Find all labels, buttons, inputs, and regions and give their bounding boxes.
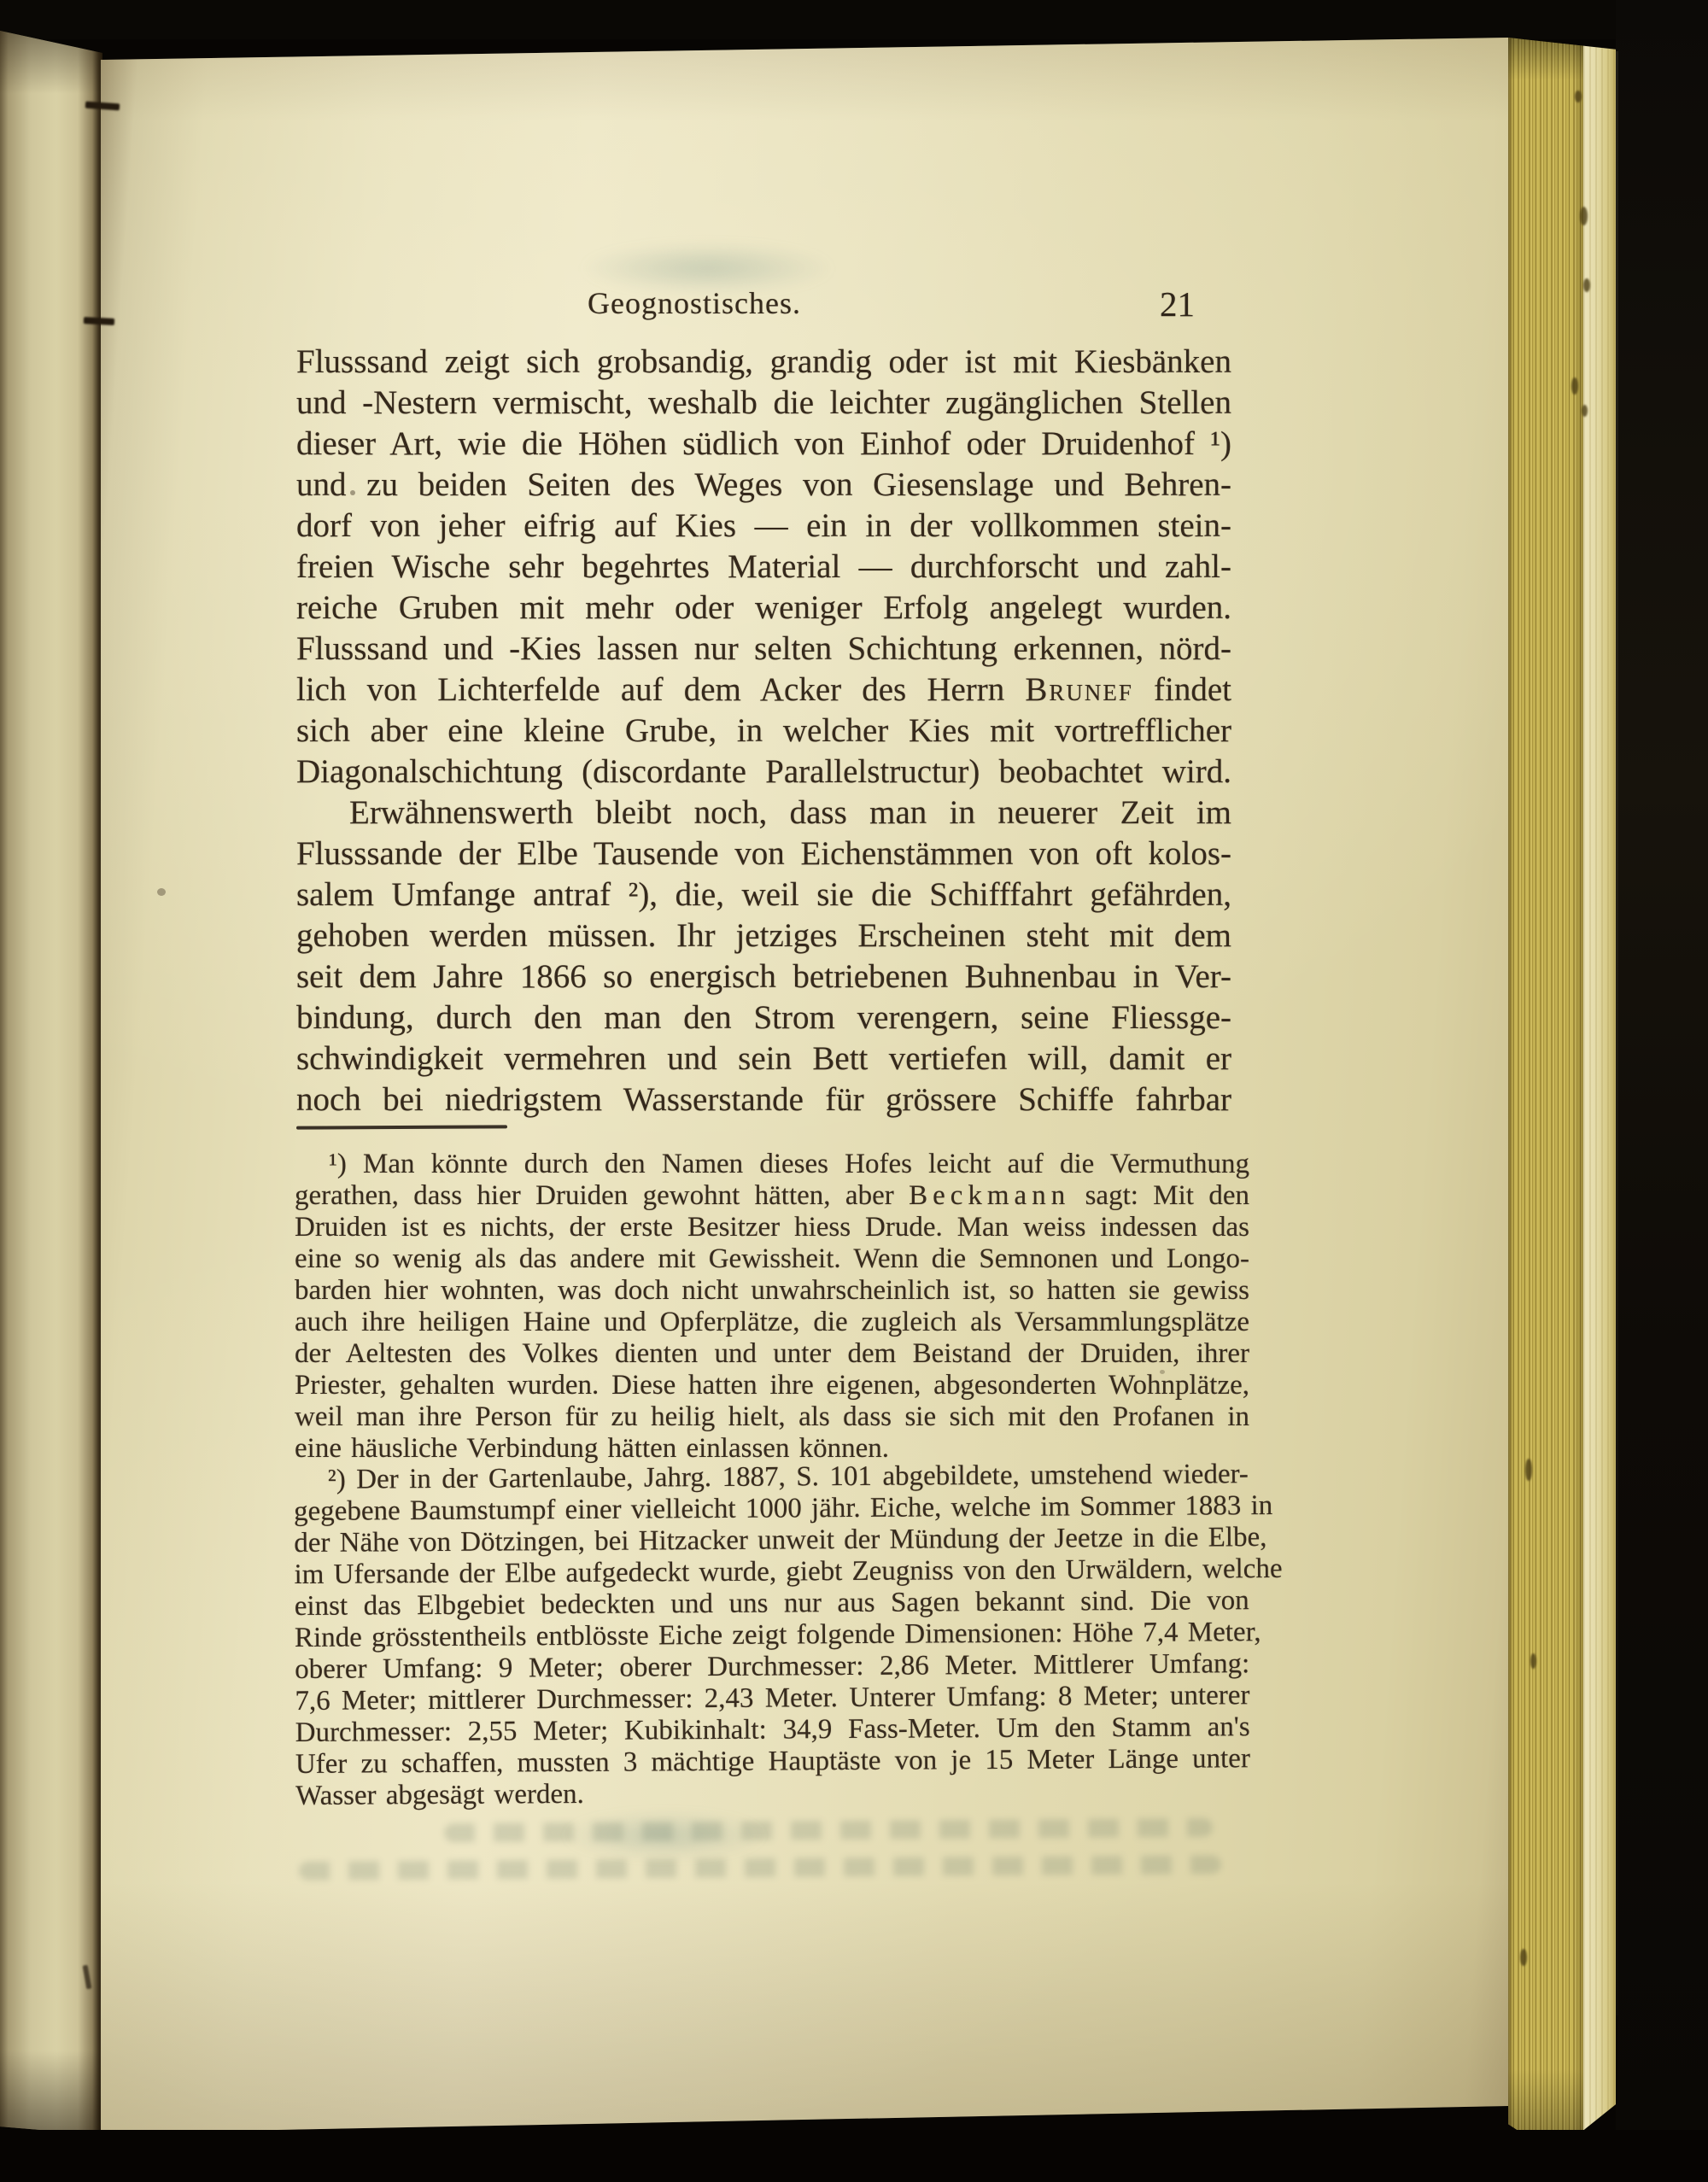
- text-line: Erwähnenswerth bleibt noch, dass man in …: [296, 793, 1231, 834]
- left-page-edge: [0, 31, 102, 2135]
- text-line: und -Nestern vermischt, weshalb die leic…: [296, 383, 1231, 424]
- text-line: Priester, gehalten wurden. Diese hatten …: [295, 1370, 1249, 1401]
- text-line: bindung, durch den man den Strom verenge…: [296, 997, 1231, 1038]
- paper-speck: [157, 888, 166, 896]
- text-line: seit dem Jahre 1866 so energisch betrieb…: [296, 956, 1231, 997]
- text-line: auch ihre heiligen Haine und Opferplätze…: [295, 1307, 1249, 1338]
- text-line: eine so wenig als das andere mit Gewissh…: [295, 1243, 1249, 1275]
- text-line: Wasser abgesägt werden.: [295, 1775, 1250, 1812]
- paper-speck: [1160, 1370, 1165, 1374]
- book-cover: [1616, 0, 1708, 2182]
- text-line: der Aeltesten des Volkes dienten und unt…: [295, 1338, 1249, 1370]
- fore-edge-outer-leaf: [1583, 38, 1617, 2154]
- footnote-1: ¹) Man könnte durch den Namen dieses Hof…: [295, 1149, 1249, 1465]
- footnotes: ¹) Man könnte durch den Namen dieses Hof…: [295, 1149, 1249, 1812]
- running-head: Geognostisches.: [588, 285, 801, 321]
- fore-edge-speck: [1530, 1653, 1536, 1669]
- text-line: sich aber eine kleine Grube, in welcher …: [296, 711, 1231, 752]
- footnote-separator-rule: [296, 1125, 507, 1129]
- body-text: Flusssand zeigt sich grobsandig, grandig…: [296, 342, 1231, 1120]
- text-line: freien Wische sehr begehrtes Material — …: [296, 547, 1231, 588]
- text-line: reiche Gruben mit mehr oder weniger Erfo…: [296, 588, 1231, 629]
- text-line: gerathen, dass hier Druiden gewohnt hätt…: [295, 1180, 1249, 1212]
- fore-edge-speck: [1571, 377, 1578, 395]
- footnote-2: ²) Der in der Gartenlaube, Jahrg. 1887, …: [294, 1459, 1250, 1812]
- text-line: dorf von jeher eifrig auf Kies — ein in …: [296, 506, 1231, 547]
- book-fore-edge: [1508, 38, 1617, 2154]
- fore-edge-speck: [1583, 278, 1590, 292]
- text-line: schwindigkeit vermehren und sein Bett ve…: [296, 1038, 1231, 1079]
- text-line: Flusssand zeigt sich grobsandig, grandig…: [296, 342, 1231, 383]
- book-scan-photo: { "page": { "running_head": "Geognostisc…: [0, 0, 1708, 2182]
- text-line: gehoben werden müssen. Ihr jetziges Ersc…: [296, 916, 1231, 956]
- text-line: Diagonalschichtung (discordante Parallel…: [296, 752, 1231, 793]
- bleed-through-smudge: [562, 1812, 767, 1858]
- text-line: Ufer zu schaffen, mussten 3 mächtige Hau…: [295, 1743, 1250, 1781]
- text-line: dieser Art, wie die Höhen südlich von Ei…: [296, 424, 1231, 465]
- page-number: 21: [1160, 284, 1195, 325]
- text-line: barden hier wohnten, was doch nicht unwa…: [295, 1275, 1249, 1307]
- text-line: Flusssande der Elbe Tausende von Eichens…: [296, 834, 1231, 875]
- fore-edge-speck: [1580, 207, 1588, 225]
- bleed-through-line: [299, 1855, 1221, 1881]
- text-line: noch bei niedrigstem Wasserstande für gr…: [296, 1079, 1231, 1120]
- photo-black-top-band: [0, 0, 1708, 39]
- fore-edge-striations: [1508, 38, 1583, 2154]
- fore-edge-speck: [1582, 405, 1588, 417]
- paper-speck: [350, 490, 355, 495]
- text-line: Druiden ist es nichts, der erste Besitze…: [295, 1212, 1249, 1243]
- fore-edge-speck: [1575, 91, 1582, 102]
- text-line: salem Umfange antraf ²), die, weil sie d…: [296, 875, 1231, 916]
- text-line: ¹) Man könnte durch den Namen dieses Hof…: [295, 1149, 1249, 1180]
- photo-black-bottom-band: [0, 2130, 1708, 2182]
- text-line: und zu beiden Seiten des Weges von Giese…: [296, 465, 1231, 506]
- bleed-through-line: [444, 1818, 1213, 1842]
- text-line: lich von Lichterfelde auf dem Acker des …: [296, 670, 1231, 711]
- fore-edge-speck: [1525, 1459, 1532, 1481]
- fore-edge-speck: [1520, 1949, 1527, 1966]
- text-line: weil man ihre Person für zu heilig hielt…: [295, 1401, 1249, 1433]
- text-line: Flusssand und -Kies lassen nur selten Sc…: [296, 629, 1231, 670]
- book-page: Geognostisches. 21 Flusssand zeigt sich …: [101, 38, 1508, 2133]
